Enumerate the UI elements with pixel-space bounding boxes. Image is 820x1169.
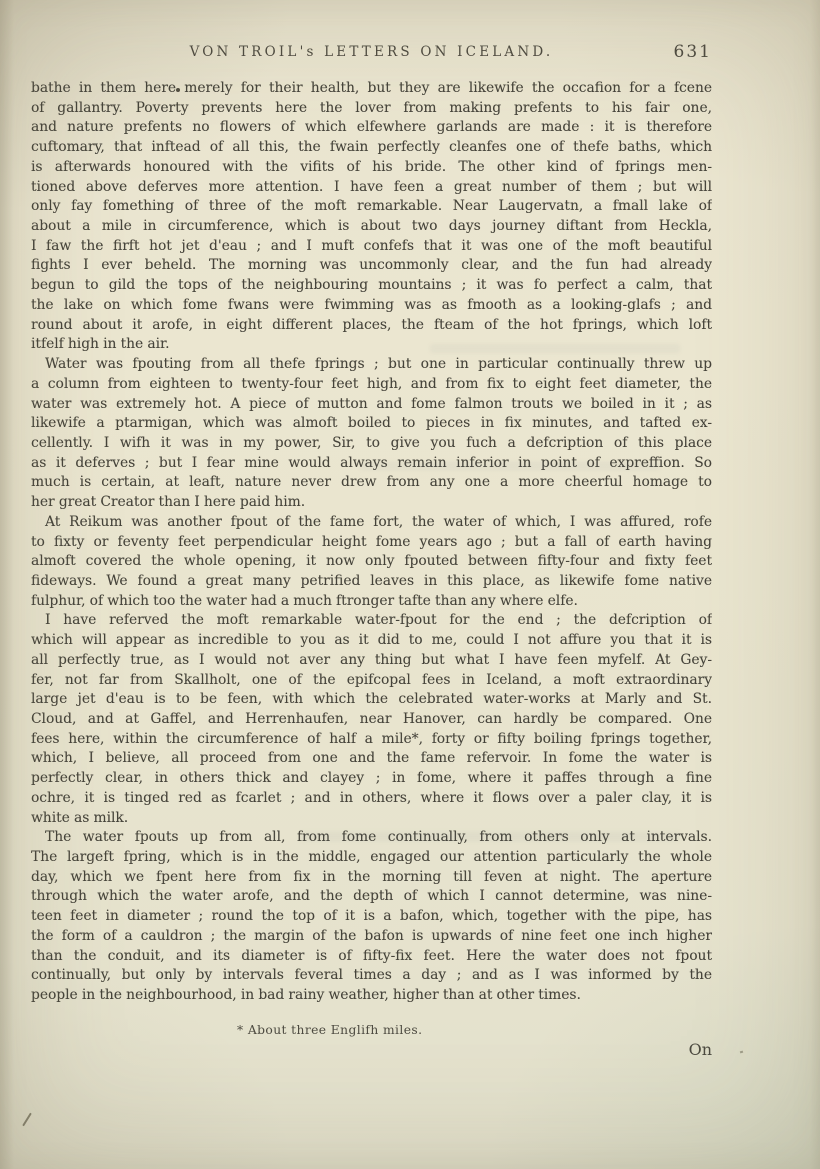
text-line: I have referved the moft remarkable wate… (31, 611, 712, 631)
text-line: and nature prefents no flowers of which … (31, 118, 712, 138)
text-line: all perfectly true, as I would not aver … (31, 651, 712, 671)
text-line: which will appear as incredible to you a… (31, 631, 712, 651)
paragraph: I have referved the moft remarkable wate… (31, 611, 712, 828)
text-line: of gallantry. Poverty prevents here the … (31, 99, 712, 119)
book-page: VON TROIL's LETTERS ON ICELAND. 631 bath… (0, 0, 820, 1169)
page-body-text: bathe in them here merely for their heal… (31, 79, 712, 1006)
text-line: through which the water arofe, and the d… (31, 887, 712, 907)
text-line: likewife a ptarmigan, which was almoft b… (31, 414, 712, 434)
text-line: a column from eighteen to twenty-four fe… (31, 375, 712, 395)
running-title: VON TROIL's LETTERS ON ICELAND. (31, 44, 712, 60)
text-line: continually, but only by intervals fever… (31, 966, 712, 986)
text-line: The largeft fpring, which is in the midd… (31, 848, 712, 868)
text-line: cuftomary, that inftead of all this, the… (31, 138, 712, 158)
text-line: The water fpouts up from all, from fome … (31, 828, 712, 848)
text-column: VON TROIL's LETTERS ON ICELAND. 631 bath… (31, 0, 712, 1169)
text-line: large jet d'eau is to be feen, with whic… (31, 690, 712, 710)
text-line: fer, not far from Skallholt, one of the … (31, 671, 712, 691)
text-line: is afterwards honoured with the vifits o… (31, 158, 712, 178)
text-line: fights I ever beheld. The morning was un… (31, 256, 712, 276)
text-line: perfectly clear, in others thick and cla… (31, 769, 712, 789)
page-number: 631 (674, 42, 712, 62)
text-line: than the conduit, and its diameter is of… (31, 947, 712, 967)
text-line: At Reikum was another fpout of the fame … (31, 513, 712, 533)
text-line: I faw the firft hot jet d'eau ; and I mu… (31, 237, 712, 257)
paragraph: Water was fpouting from all thefe fpring… (31, 355, 712, 513)
text-line: almoft covered the whole opening, it now… (31, 552, 712, 572)
paragraph: bathe in them here merely for their heal… (31, 79, 712, 355)
text-line: day, which we fpent here from fix in the… (31, 868, 712, 888)
text-line: tioned above deferves more attention. I … (31, 178, 712, 198)
text-line: bathe in them here merely for their heal… (31, 79, 712, 99)
text-line: Cloud, and at Gaffel, and Herrenhaufen, … (31, 710, 712, 730)
text-line: itfelf high in the air. (31, 335, 712, 355)
text-line: people in the neighbourhood, in bad rain… (31, 986, 712, 1006)
text-line: as it deferves ; but I fear mine would a… (31, 454, 712, 474)
text-line: ochre, it is tinged red as fcarlet ; and… (31, 789, 712, 809)
text-line: only fay fomething of three of the moft … (31, 197, 712, 217)
text-line: cellently. I wifh it was in my power, Si… (31, 434, 712, 454)
text-line: to fixty or feventy feet perpendicular h… (31, 533, 712, 553)
text-line: teen feet in diameter ; round the top of… (31, 907, 712, 927)
footnote: * About three Englifh miles. (237, 1023, 422, 1037)
text-line: begun to gild the tops of the neighbouri… (31, 276, 712, 296)
text-line: much is certain, at leaft, nature never … (31, 473, 712, 493)
text-line: water was extremely hot. A piece of mutt… (31, 395, 712, 415)
ink-speck (176, 88, 180, 92)
paragraph: At Reikum was another fpout of the fame … (31, 513, 712, 612)
text-line: which, I believe, all proceed from one a… (31, 749, 712, 769)
text-line: about a mile in circumference, which is … (31, 217, 712, 237)
text-line: the form of a cauldron ; the margin of t… (31, 927, 712, 947)
ink-speck (740, 1051, 743, 1054)
text-line: white as milk. (31, 809, 712, 829)
text-line: fulphur, of which too the water had a mu… (31, 592, 712, 612)
catchword: On (689, 1040, 712, 1059)
text-line: her great Creator than I here paid him. (31, 493, 712, 513)
text-line: round about it arofe, in eight different… (31, 316, 712, 336)
paragraph: The water fpouts up from all, from fome … (31, 828, 712, 1005)
text-line: fees here, within the circumference of h… (31, 730, 712, 750)
text-line: the lake on which fome fwans were fwimmi… (31, 296, 712, 316)
text-line: fideways. We found a great many petrifie… (31, 572, 712, 592)
text-line: Water was fpouting from all thefe fpring… (31, 355, 712, 375)
